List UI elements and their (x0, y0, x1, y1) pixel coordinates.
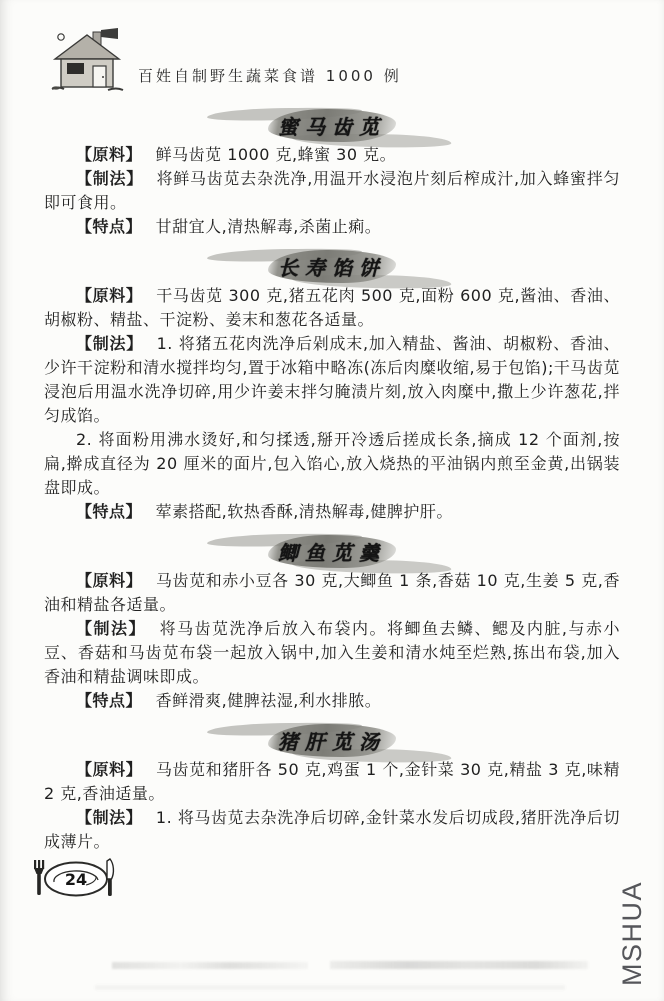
section-text: 香鲜滑爽,健脾祛湿,利水排脓。 (156, 691, 382, 710)
recipe-title-text: 长寿馅饼 (278, 256, 386, 280)
section-label: 【原料】 (76, 760, 142, 779)
recipe-title-text: 蜜马齿苋 (278, 115, 386, 139)
book-title: 百姓自制野生蔬菜食谱 1000 例 (138, 65, 402, 86)
recipe: 蜜马齿苋 【原料】鲜马齿苋 1000 克,蜂蜜 30 克。 【制法】将鲜马齿苋去… (44, 106, 620, 239)
recipe-paragraph: 【制法】将马齿苋洗净后放入布袋内。将鲫鱼去鳞、鳃及内脏,与赤小豆、香菇和马齿苋布… (44, 617, 620, 689)
section-text: 荤素搭配,软热香酥,清热解毒,健脾护肝。 (156, 502, 453, 521)
recipe-body: 【原料】马齿苋和猪肝各 50 克,鸡蛋 1 个,金针菜 30 克,精盐 3 克,… (44, 758, 620, 854)
recipe-body: 【原料】鲜马齿苋 1000 克,蜂蜜 30 克。 【制法】将鲜马齿苋去杂洗净,用… (44, 143, 620, 239)
recipe-paragraph: 【制法】1. 将马齿苋去杂洗净后切碎,金针菜水发后切成段,猪肝洗净后切成薄片。 (44, 806, 620, 854)
section-label: 【原料】 (76, 571, 142, 590)
section-label: 【制法】 (76, 169, 143, 188)
recipe-paragraph: 【特点】荤素搭配,软热香酥,清热解毒,健脾护肝。 (44, 500, 620, 524)
section-label: 【特点】 (76, 502, 142, 521)
section-label: 【原料】 (76, 286, 143, 305)
recipe-title: 长寿馅饼 (44, 247, 620, 275)
watermark: MSHUA (608, 870, 656, 996)
recipe-paragraph: 【特点】甘甜宜人,清热解毒,杀菌止痢。 (44, 215, 620, 239)
section-label: 【特点】 (76, 217, 142, 236)
recipe-paragraph: 【原料】马齿苋和猪肝各 50 克,鸡蛋 1 个,金针菜 30 克,精盐 3 克,… (44, 758, 620, 806)
recipe-title: 鲫鱼苋羹 (44, 532, 620, 560)
page-number-plate: 24 (26, 854, 122, 906)
brush-stroke-background: 蜜马齿苋 (234, 106, 430, 145)
recipe-body: 【原料】马齿苋和赤小豆各 30 克,大鲫鱼 1 条,香菇 10 克,生姜 5 克… (44, 569, 620, 713)
recipe: 鲫鱼苋羹 【原料】马齿苋和赤小豆各 30 克,大鲫鱼 1 条,香菇 10 克,生… (44, 532, 620, 713)
recipe-paragraph: 【特点】香鲜滑爽,健脾祛湿,利水排脓。 (44, 689, 620, 713)
brush-stroke-background: 鲫鱼苋羹 (234, 532, 430, 571)
section-label: 【特点】 (76, 691, 142, 710)
bleed-through-mark (330, 961, 588, 969)
knife-icon (107, 859, 113, 896)
brush-stroke-background: 长寿馅饼 (234, 247, 430, 286)
recipe-paragraph: 【原料】马齿苋和赤小豆各 30 克,大鲫鱼 1 条,香菇 10 克,生姜 5 克… (44, 569, 620, 617)
recipe-paragraph: 【原料】鲜马齿苋 1000 克,蜂蜜 30 克。 (44, 143, 620, 167)
page-header: 百姓自制野生蔬菜食谱 1000 例 (0, 0, 664, 98)
recipes-list: 蜜马齿苋 【原料】鲜马齿苋 1000 克,蜂蜜 30 克。 【制法】将鲜马齿苋去… (0, 106, 664, 854)
recipe: 猪肝苋汤 【原料】马齿苋和猪肝各 50 克,鸡蛋 1 个,金针菜 30 克,精盐… (44, 721, 620, 854)
recipe-body: 【原料】干马齿苋 300 克,猪五花肉 500 克,面粉 600 克,酱油、香油… (44, 284, 620, 524)
house-icon (50, 28, 124, 98)
recipe-paragraph: 【原料】干马齿苋 300 克,猪五花肉 500 克,面粉 600 克,酱油、香油… (44, 284, 620, 332)
section-label: 【制法】 (76, 619, 146, 638)
recipe-paragraph: 【制法】1. 将猪五花肉洗净后剁成末,加入精盐、酱油、胡椒粉、香油、少许干淀粉和… (44, 332, 620, 428)
bleed-through-mark (112, 962, 308, 969)
fork-icon (34, 860, 44, 895)
recipe-paragraph: 2. 将面粉用沸水烫好,和匀揉透,掰开冷透后搓成长条,摘成 12 个面剂,按扁,… (44, 428, 620, 500)
section-text: 甘甜宜人,清热解毒,杀菌止痢。 (156, 217, 382, 236)
recipe-title: 蜜马齿苋 (44, 106, 620, 134)
section-text: 2. 将面粉用沸水烫好,和匀揉透,掰开冷透后搓成长条,摘成 12 个面剂,按扁,… (44, 430, 620, 497)
section-label: 【制法】 (76, 334, 143, 353)
section-label: 【制法】 (76, 808, 142, 827)
recipe-title-text: 猪肝苋汤 (278, 730, 386, 754)
brush-stroke-background: 猪肝苋汤 (234, 721, 430, 760)
recipe-paragraph: 【制法】将鲜马齿苋去杂洗净,用温开水浸泡片刻后榨成汁,加入蜂蜜拌匀即可食用。 (44, 167, 620, 215)
section-text: 鲜马齿苋 1000 克,蜂蜜 30 克。 (156, 145, 397, 164)
recipe-title-text: 鲫鱼苋羹 (278, 541, 386, 565)
recipe: 长寿馅饼 【原料】干马齿苋 300 克,猪五花肉 500 克,面粉 600 克,… (44, 247, 620, 524)
recipe-title: 猪肝苋汤 (44, 721, 620, 749)
book-page: 百姓自制野生蔬菜食谱 1000 例 蜜马齿苋 【原料】鲜马齿苋 1000 克,蜂… (0, 0, 664, 1001)
watermark-text: MSHUA (617, 880, 648, 985)
page-number: 24 (65, 870, 87, 889)
bleed-through-mark (95, 985, 565, 990)
section-label: 【原料】 (76, 145, 142, 164)
